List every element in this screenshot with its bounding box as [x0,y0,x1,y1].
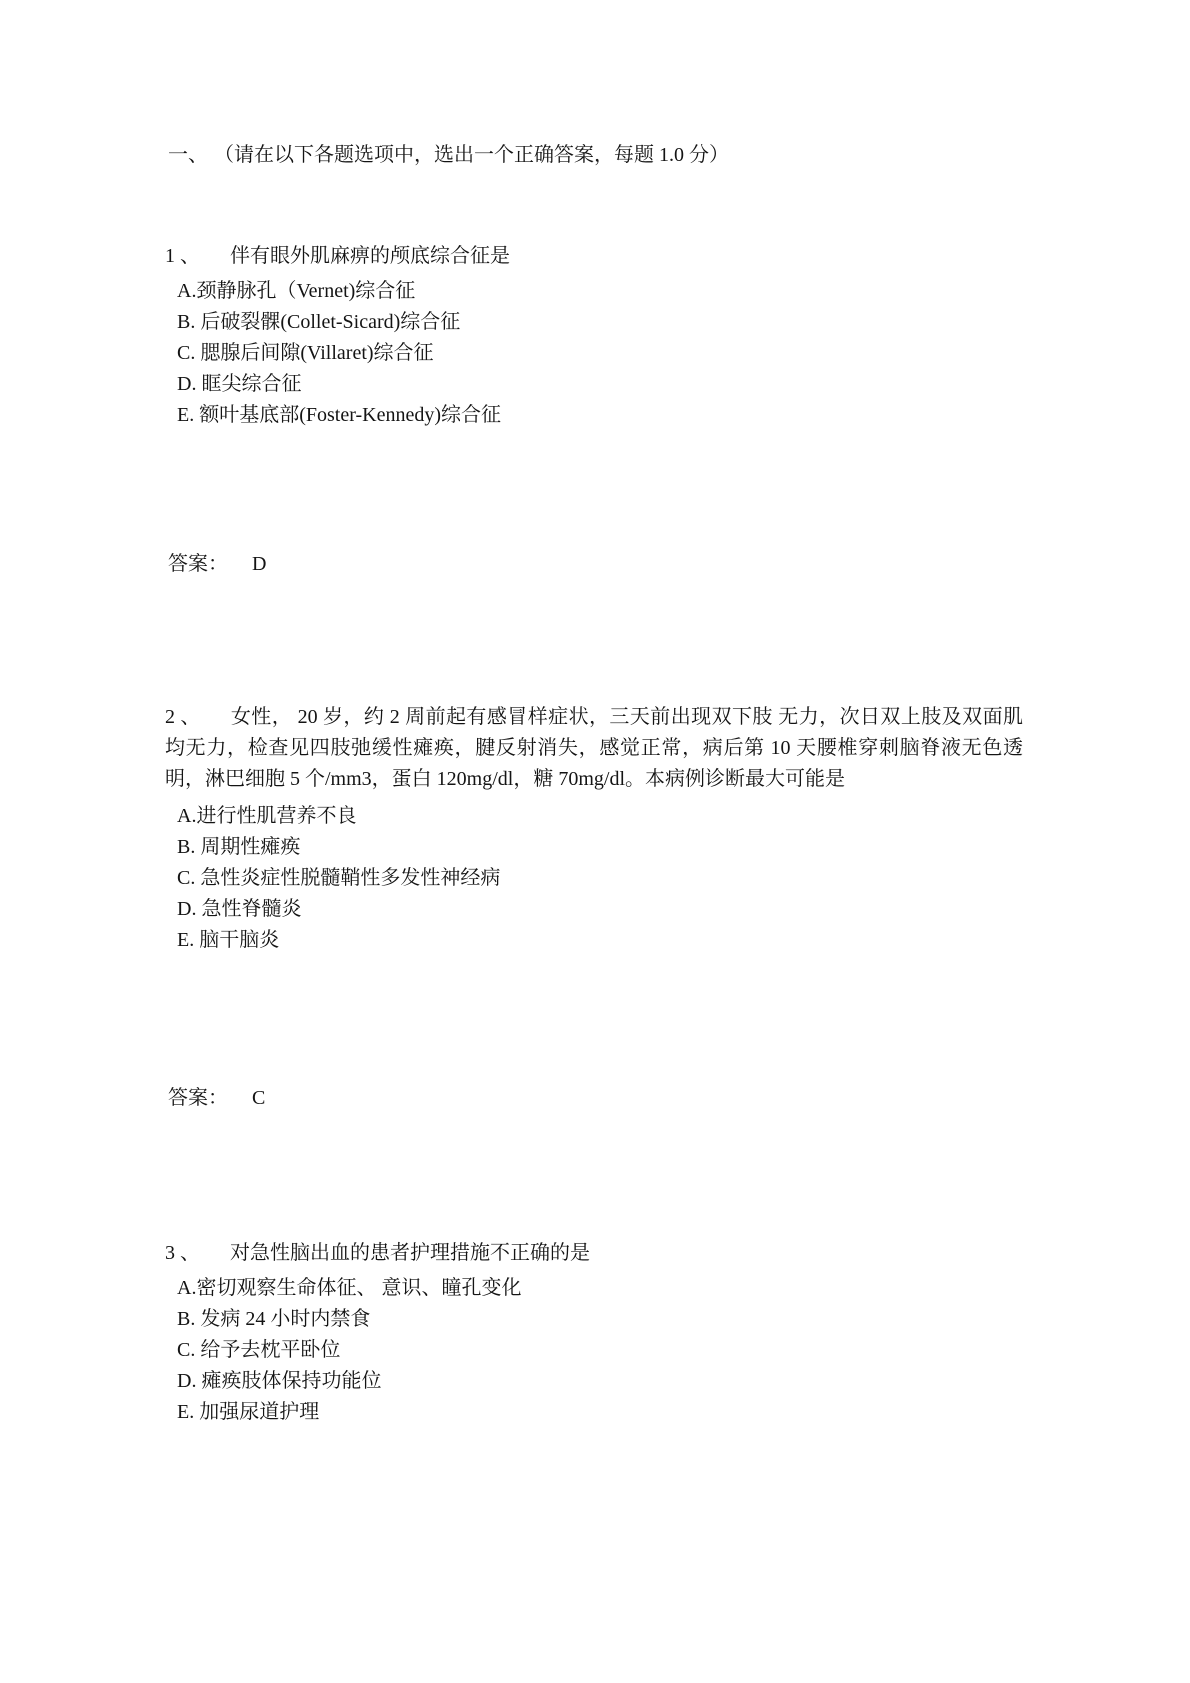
option-line: B. 发病 24 小时内禁食 [177,1304,1045,1335]
option-line: B. 后破裂髁(Collet-Sicard)综合征 [177,307,1045,338]
answer-2: 答案：C [168,1083,265,1114]
question-3-number: 3 、 [165,1242,200,1264]
option-line: D. 急性脊髓炎 [177,894,1023,925]
question-1-number: 1 、 [165,245,200,267]
question-3-options: A.密切观察生命体征、 意识、瞳孔变化 B. 发病 24 小时内禁食 C. 给予… [165,1273,1045,1428]
question-3-stem: 3 、对急性脑出血的患者护理措施不正确的是 [165,1238,1045,1269]
question-1-stem: 1 、伴有眼外肌麻痹的颅底综合征是 [165,241,1045,272]
question-1-options: A.颈静脉孔（Vernet)综合征 B. 后破裂髁(Collet-Sicard)… [165,276,1045,431]
question-3-text: 对急性脑出血的患者护理措施不正确的是 [230,1242,590,1264]
answer-2-value: C [252,1087,265,1109]
option-line: A.密切观察生命体征、 意识、瞳孔变化 [177,1273,1045,1304]
answer-1-value: D [252,553,266,575]
option-line: E. 脑干脑炎 [177,925,1023,956]
exam-document-page: 一、（请在以下各题选项中，选出一个正确答案，每题 1.0 分） 1 、伴有眼外肌… [0,0,1190,1683]
answer-2-label: 答案： [168,1087,228,1109]
question-1-text: 伴有眼外肌麻痹的颅底综合征是 [230,245,510,267]
option-line: C. 急性炎症性脱髓鞘性多发性神经病 [177,863,1023,894]
question-1: 1 、伴有眼外肌麻痹的颅底综合征是 A.颈静脉孔（Vernet)综合征 B. 后… [165,241,1045,431]
question-2-stem: 2 、女性， 20 岁，约 2 周前起有感冒样症状，三天前出现双下肢 无力，次日… [165,702,1023,795]
option-line: A.进行性肌营养不良 [177,801,1023,832]
option-line: A.颈静脉孔（Vernet)综合征 [177,276,1045,307]
section-number: 一、 [168,144,208,166]
option-line: D. 瘫痪肢体保持功能位 [177,1366,1045,1397]
question-2: 2 、女性， 20 岁，约 2 周前起有感冒样症状，三天前出现双下肢 无力，次日… [165,702,1023,956]
section-header: 一、（请在以下各题选项中，选出一个正确答案，每题 1.0 分） [168,140,729,171]
question-2-text: 女性， 20 岁，约 2 周前起有感冒样症状，三天前出现双下肢 无力，次日双上肢… [165,706,1023,790]
question-2-number: 2 、 [165,706,201,728]
option-line: C. 给予去枕平卧位 [177,1335,1045,1366]
question-2-options: A.进行性肌营养不良 B. 周期性瘫痪 C. 急性炎症性脱髓鞘性多发性神经病 D… [165,801,1023,956]
option-line: E. 额叶基底部(Foster-Kennedy)综合征 [177,400,1045,431]
answer-1: 答案：D [168,549,266,580]
answer-1-label: 答案： [168,553,228,575]
option-line: E. 加强尿道护理 [177,1397,1045,1428]
option-line: B. 周期性瘫痪 [177,832,1023,863]
question-3: 3 、对急性脑出血的患者护理措施不正确的是 A.密切观察生命体征、 意识、瞳孔变… [165,1238,1045,1428]
option-line: C. 腮腺后间隙(Villaret)综合征 [177,338,1045,369]
section-instructions: （请在以下各题选项中，选出一个正确答案，每题 1.0 分） [224,144,729,166]
option-line: D. 眶尖综合征 [177,369,1045,400]
